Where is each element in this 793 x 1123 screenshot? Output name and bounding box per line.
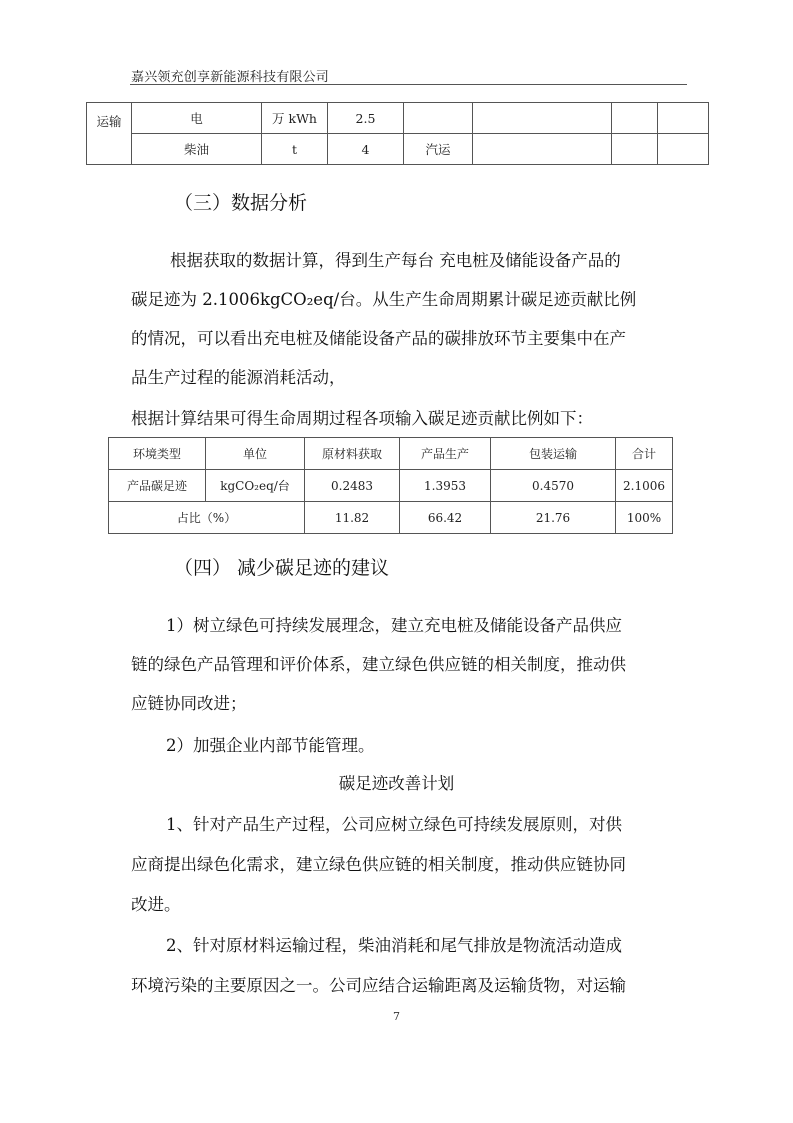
header-cell: 环境类型 [109, 438, 206, 470]
empty-cell [473, 103, 612, 134]
value-cell: 2.5 [328, 103, 404, 134]
header-divider [130, 84, 687, 85]
cell: kgCO₂eq/台 [206, 470, 305, 502]
empty-cell [658, 103, 709, 134]
item-cell: 电 [132, 103, 262, 134]
value-cell: 4 [328, 134, 404, 165]
table-row: 运输 电 万 kWh 2.5 [87, 103, 709, 134]
paragraph-line: 碳足迹为 2.1006kgCO₂eq/台。从生产生命周期累计碳足迹贡献比例 [131, 286, 636, 310]
section-label-cell: 运输 [87, 103, 132, 165]
table-row: 柴油 t 4 汽运 [87, 134, 709, 165]
empty-cell [612, 103, 658, 134]
transport-table: 运输 电 万 kWh 2.5 柴油 t 4 汽运 [86, 102, 709, 165]
paragraph-line: 根据计算结果可得生命周期过程各项输入碳足迹贡献比例如下： [131, 405, 593, 429]
unit-cell: 万 kWh [262, 103, 328, 134]
section-heading-4: （四） 减少碳足迹的建议 [174, 553, 389, 580]
plan-title: 碳足迹改善计划 [0, 770, 793, 794]
paragraph-line: 1）树立绿色可持续发展理念，建立充电桩及储能设备产品供应 [166, 612, 622, 636]
paragraph-line: 的情况，可以看出充电桩及储能设备产品的碳排放环节主要集中在产 [131, 325, 626, 349]
page-number: 7 [0, 1010, 793, 1023]
empty-cell [658, 134, 709, 165]
cell: 1.3953 [400, 470, 491, 502]
cell: 21.76 [491, 502, 616, 534]
paragraph-line: 应链协同改进； [131, 690, 247, 714]
cell: 66.42 [400, 502, 491, 534]
paragraph-line: 2）加强企业内部节能管理。 [166, 732, 375, 756]
empty-cell [612, 134, 658, 165]
cell: 2.1006 [616, 470, 673, 502]
paragraph-line: 改进。 [131, 891, 181, 915]
contribution-table: 环境类型 单位 原材料获取 产品生产 包装运输 合计 产品碳足迹 kgCO₂eq… [108, 437, 673, 534]
item-cell: 柴油 [132, 134, 262, 165]
paragraph-line: 链的绿色产品管理和评价体系，建立绿色供应链的相关制度，推动供 [131, 651, 626, 675]
company-header: 嘉兴领充创享新能源科技有限公司 [131, 66, 329, 85]
empty-cell [473, 134, 612, 165]
paragraph-line: 环境污染的主要原因之一。公司应结合运输距离及运输货物，对运输 [131, 972, 626, 996]
table-header-row: 环境类型 单位 原材料获取 产品生产 包装运输 合计 [109, 438, 673, 470]
paragraph-line: 应商提出绿色化需求，建立绿色供应链的相关制度，推动供应链协同 [131, 851, 626, 875]
table-row: 产品碳足迹 kgCO₂eq/台 0.2483 1.3953 0.4570 2.1… [109, 470, 673, 502]
paragraph-line: 2、针对原材料运输过程，柴油消耗和尾气排放是物流活动造成 [166, 932, 622, 956]
paragraph-line: 1、针对产品生产过程，公司应树立绿色可持续发展原则，对供 [166, 811, 622, 835]
cell: 0.4570 [491, 470, 616, 502]
mode-cell [404, 103, 473, 134]
header-cell: 单位 [206, 438, 305, 470]
mode-cell: 汽运 [404, 134, 473, 165]
table-row: 占比（%） 11.82 66.42 21.76 100% [109, 502, 673, 534]
cell: 11.82 [305, 502, 400, 534]
paragraph-line: 根据获取的数据计算，得到生产每台 充电桩及储能设备产品的 [170, 247, 621, 271]
paragraph-line: 品生产过程的能源消耗活动， [131, 364, 346, 388]
header-cell: 原材料获取 [305, 438, 400, 470]
header-cell: 合计 [616, 438, 673, 470]
cell: 产品碳足迹 [109, 470, 206, 502]
unit-cell: t [262, 134, 328, 165]
cell: 0.2483 [305, 470, 400, 502]
cell: 占比（%） [109, 502, 305, 534]
section-heading-3: （三）数据分析 [174, 188, 307, 215]
cell: 100% [616, 502, 673, 534]
header-cell: 产品生产 [400, 438, 491, 470]
header-cell: 包装运输 [491, 438, 616, 470]
